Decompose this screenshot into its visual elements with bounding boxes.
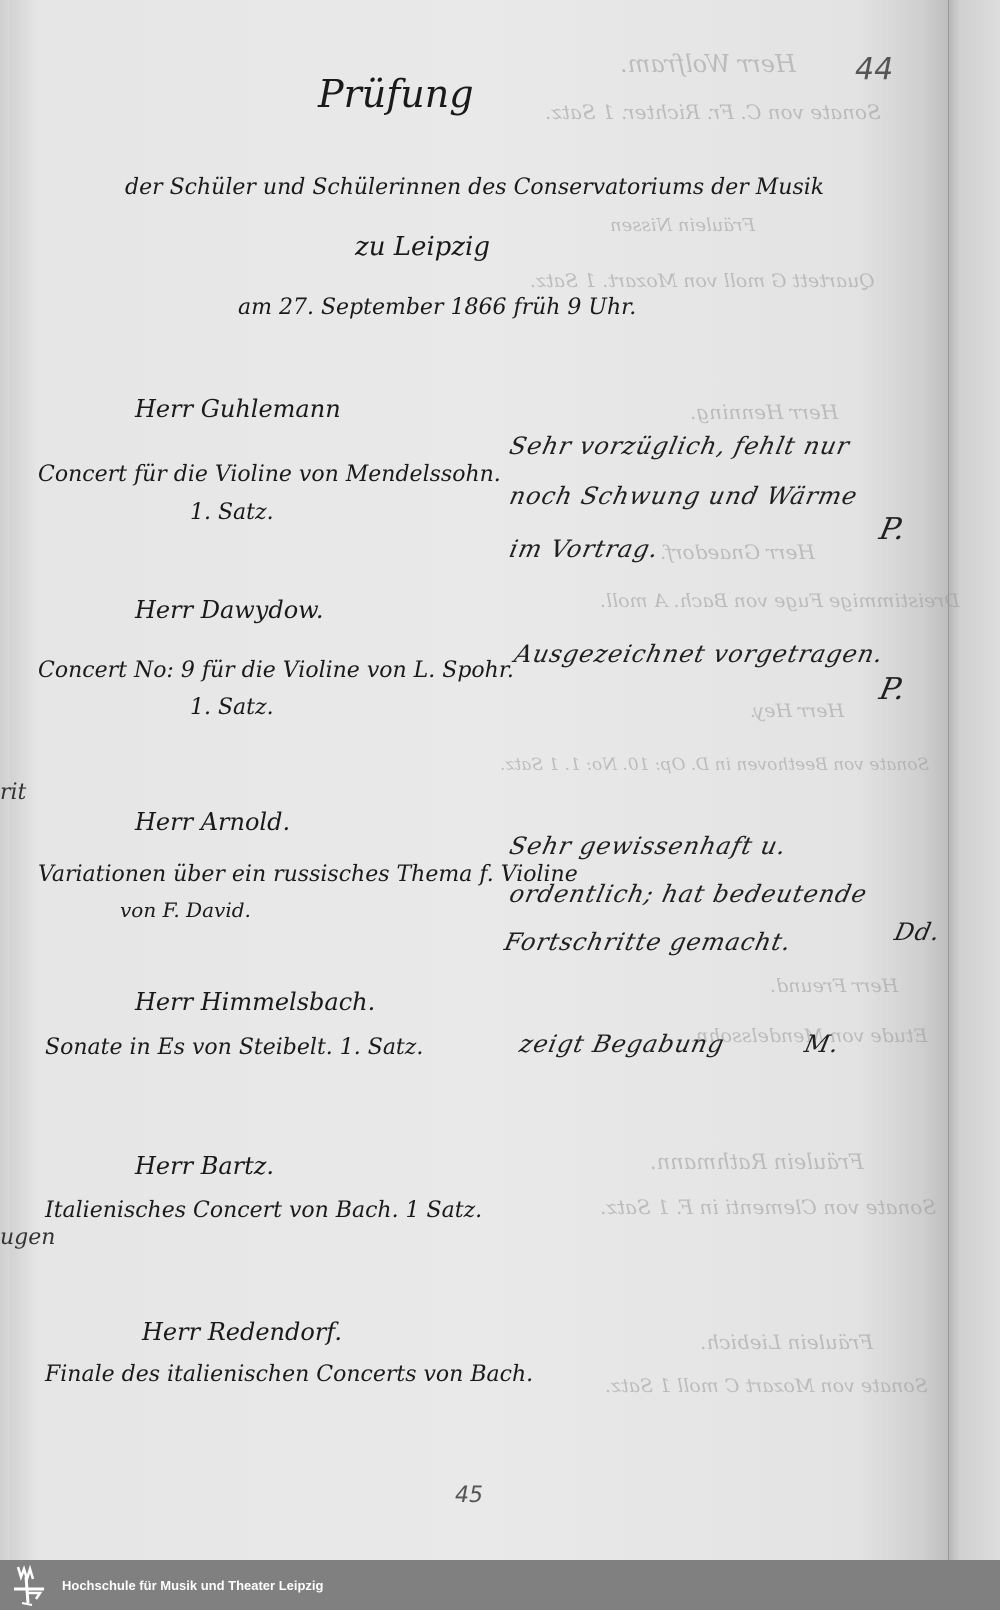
margin-fragment: rit <box>0 780 26 805</box>
folio-number-top: 44 <box>855 52 893 87</box>
examiner-initial: Dd. <box>892 918 943 946</box>
performer-name: Herr Bartz. <box>135 1152 274 1180</box>
performer-name: Herr Himmelsbach. <box>135 988 375 1016</box>
bleed-text: Sonate von Beethoven in D. Op: 10. No: 1… <box>500 755 929 775</box>
piece-title: Finale des italienischen Concerts von Ba… <box>45 1362 533 1387</box>
bleed-text: Sonate von Mozart C moll 1 Satz. <box>605 1375 928 1397</box>
performer-name: Herr Arnold. <box>135 808 290 836</box>
piece-title: Variationen über ein russisches Thema f.… <box>38 862 578 887</box>
examiner-remark: Ausgezeichnet vorgetragen. <box>512 640 886 668</box>
document-subtitle: der Schüler und Schülerinnen des Conserv… <box>125 175 824 200</box>
manuscript-scan: Herr Wolfram. Sonate von C. Fr. Richter.… <box>0 0 1000 1560</box>
bleed-text: Sonate von C. Fr. Richter. 1 Satz. <box>545 100 881 124</box>
examiner-initial: M. <box>802 1030 842 1058</box>
bleed-text: Herr Gnaedorf. <box>660 540 815 564</box>
bleed-text: Herr Freund. <box>770 975 898 997</box>
performer-name: Herr Dawydow. <box>135 596 324 624</box>
adjacent-page-edge <box>948 0 1000 1560</box>
examiner-remark: ordentlich; hat bedeutende <box>507 880 870 908</box>
piece-title: Concert für die Violine von Mendelssohn. <box>38 462 501 487</box>
examiner-remark: zeigt Begabung <box>517 1030 727 1058</box>
examiner-remark: noch Schwung und Wärme <box>507 482 860 510</box>
hmt-logo-icon <box>10 1563 50 1607</box>
bleed-text: Fräulein Rathmann. <box>650 1150 864 1174</box>
piece-title: Concert No: 9 für die Violine von L. Spo… <box>38 658 514 683</box>
bleed-text: Dreistimmige Fuge von Bach. A moll. <box>600 590 960 612</box>
folio-number-bottom: 45 <box>455 1483 483 1508</box>
document-place: zu Leipzig <box>355 232 490 262</box>
piece-title: Italienisches Concert von Bach. 1 Satz. <box>45 1198 482 1223</box>
examiner-remark: Sehr vorzüglich, fehlt nur <box>507 432 852 460</box>
piece-composer: von F. David. <box>120 898 251 922</box>
bleed-text: Sonate von Clementi in F. 1 Satz. <box>600 1195 936 1219</box>
examiner-remark: Sehr gewissenhaft u. <box>507 832 789 860</box>
footer-bar: Hochschule für Musik und Theater Leipzig <box>0 1560 1000 1610</box>
bleed-text: Herr Henning. <box>690 400 838 424</box>
piece-movement: 1. Satz. <box>190 695 274 720</box>
performer-name: Herr Guhlemann <box>135 395 341 423</box>
bleed-text: Fräulein Liebich. <box>700 1330 873 1354</box>
piece-movement: 1. Satz. <box>190 500 274 525</box>
margin-fragment: ugen <box>0 1225 55 1250</box>
institution-name: Hochschule für Musik und Theater Leipzig <box>62 1578 323 1593</box>
document-title: Prüfung <box>318 72 474 116</box>
bleed-text: Herr Wolfram. <box>620 50 796 78</box>
piece-title: Sonate in Es von Steibelt. 1. Satz. <box>45 1035 423 1060</box>
examiner-remark: Fortschritte gemacht. <box>502 928 794 956</box>
bleed-text: Quartett G moll von Mozart. 1 Satz. <box>530 270 875 292</box>
performer-name: Herr Redendorf. <box>142 1318 342 1346</box>
document-date: am 27. September 1866 früh 9 Uhr. <box>238 295 636 320</box>
bleed-text: Fräulein Nissen <box>610 215 755 236</box>
examiner-remark: im Vortrag. <box>507 535 661 563</box>
bleed-text: Herr Hey. <box>750 700 844 722</box>
